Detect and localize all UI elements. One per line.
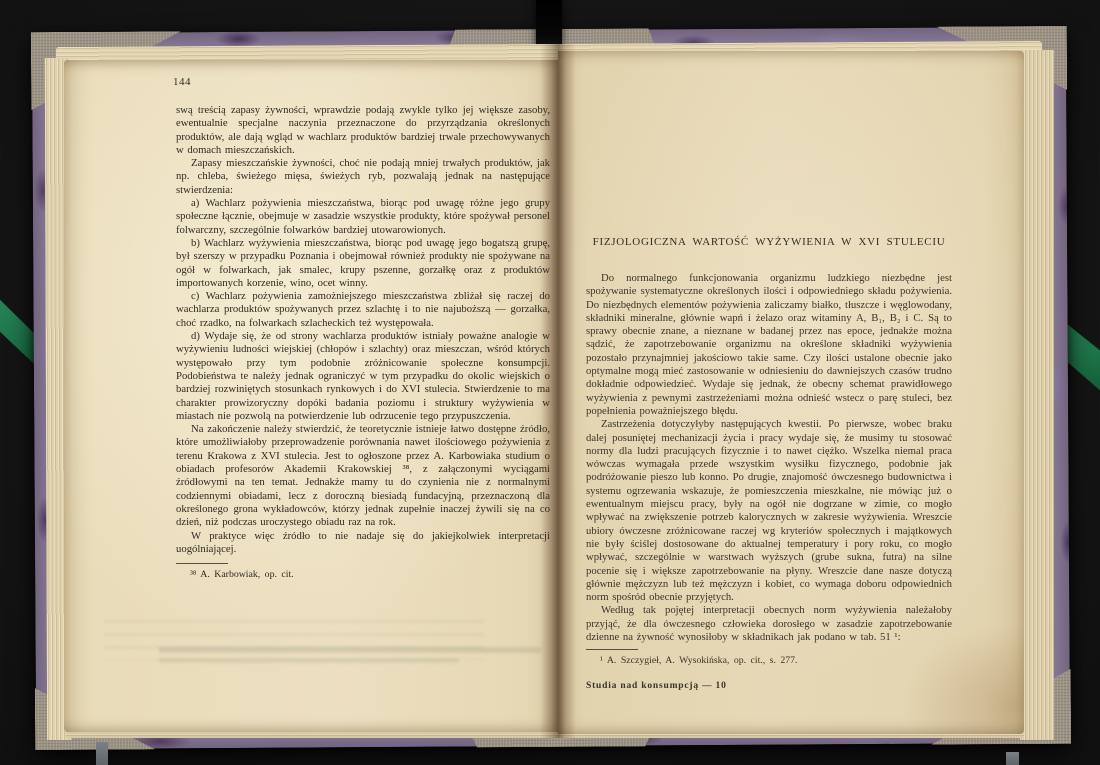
right-page: FIZJOLOGICZNA WARTOŚĆ WYŻYWIENIA W XVI S… (558, 51, 1024, 734)
footnote-text: A. Karbowiak, op. cit. (200, 569, 293, 580)
chapter-heading: FIZJOLOGICZNA WARTOŚĆ WYŻYWIENIA W XVI S… (586, 236, 952, 248)
cradle-clip-right (1006, 752, 1019, 765)
paragraph: Zapasy mieszczańskie żywności, choć nie … (176, 157, 550, 197)
paragraph: b) Wachlarz wyżywienia mieszczaństwa, bi… (176, 237, 550, 290)
page-edges-right (1020, 50, 1054, 740)
paragraph: W praktyce więc źródło to nie nadaje się… (176, 530, 550, 557)
paragraph: c) Wachlarz pożywienia zamożniejszego mi… (176, 290, 550, 330)
book-holder-strap (536, 0, 562, 48)
footnote-rule (586, 649, 638, 650)
show-through-text (104, 620, 484, 660)
footnote-rule (176, 563, 228, 564)
scanned-book-photo: 144 swą treścią zapasy żywności, wprawdz… (0, 0, 1100, 765)
show-through-text (159, 658, 459, 663)
left-page-text: swą treścią zapasy żywności, wprawdzie p… (176, 104, 550, 556)
footnote-marker: ¹ (600, 655, 603, 666)
paragraph: a) Wachlarz pożywienia mieszczaństwa, bi… (176, 197, 550, 237)
left-page: 144 swą treścią zapasy żywności, wprawdz… (64, 60, 558, 732)
show-through-text (159, 647, 541, 653)
footnote: ¹ A. Szczygieł, A. Wysokińska, op. cit.,… (586, 655, 952, 667)
cradle-clip-left (96, 742, 108, 765)
paragraph: Zastrzeżenia dotyczyłyby następujących k… (586, 418, 952, 604)
footnote-marker: ³⁸ (190, 569, 196, 580)
page-number: 144 (173, 76, 191, 88)
right-page-text: Do normalnego funkcjonowania organizmu l… (586, 272, 952, 644)
paragraph: Do normalnego funkcjonowania organizmu l… (586, 272, 952, 418)
printer-signature: Studia nad konsumpcją — 10 (586, 681, 727, 691)
footnote-text: A. Szczygieł, A. Wysokińska, op. cit., s… (607, 655, 798, 666)
paragraph: d) Wydaje się, że od strony wachlarza pr… (176, 330, 550, 423)
footnote: ³⁸ A. Karbowiak, op. cit. (176, 569, 550, 581)
paragraph: Według tak pojętej interpretacji obecnyc… (586, 604, 952, 644)
paragraph: Na zakończenie należy stwierdzić, że teo… (176, 423, 550, 529)
paragraph: swą treścią zapasy żywności, wprawdzie p… (176, 104, 550, 157)
